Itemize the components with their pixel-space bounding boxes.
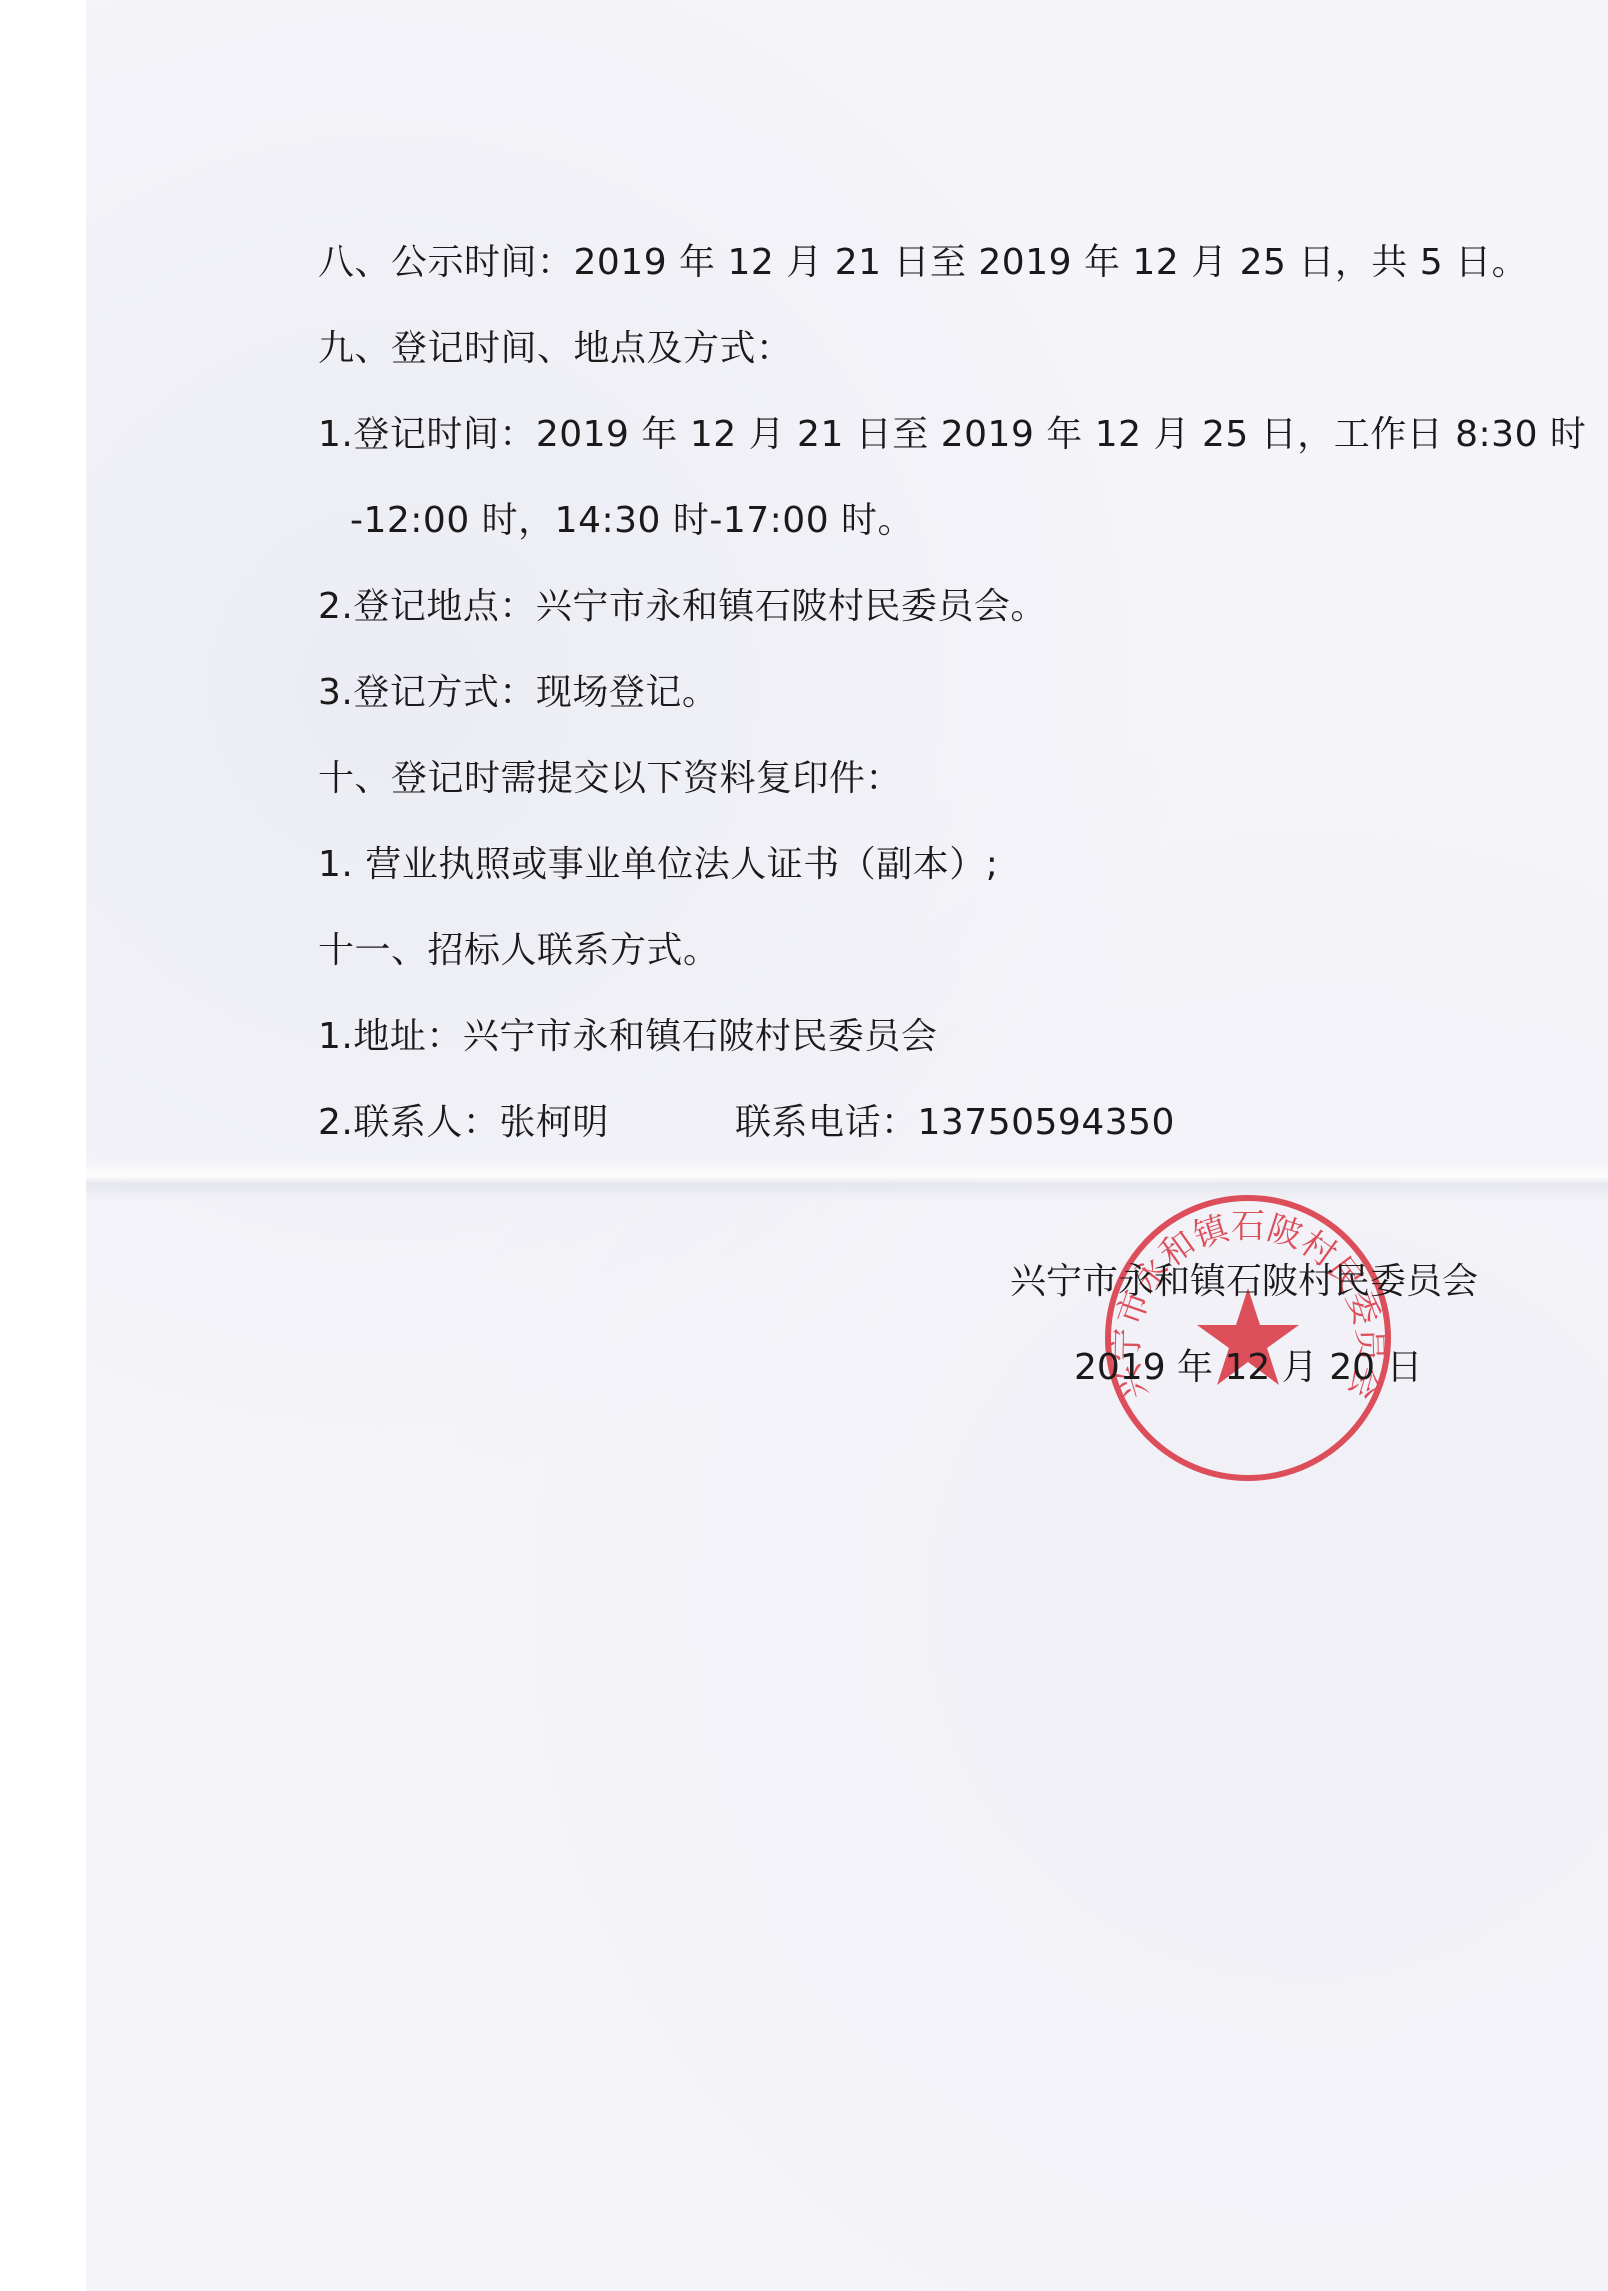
scan-margin xyxy=(0,0,86,2291)
section-8-publicity-period: 八、公示时间：2019 年 12 月 21 日至 2019 年 12 月 25 … xyxy=(318,241,1528,285)
official-seal: 兴宁市永和镇石陂村民委员会 xyxy=(1098,1188,1398,1488)
signature-organization: 兴宁市永和镇石陂村民委员会 xyxy=(1010,1260,1478,1304)
section-11-1-address: 1.地址：兴宁市永和镇石陂村民委员会 xyxy=(318,1015,937,1059)
section-9-1-registration-time-cont: -12:00 时，14:30 时-17:00 时。 xyxy=(350,499,914,543)
section-9-2-registration-place: 2.登记地点：兴宁市永和镇石陂村民委员会。 xyxy=(318,585,1047,629)
paper-page xyxy=(86,0,1608,2291)
signature-date: 2019 年 12 月 20 日 xyxy=(1074,1346,1422,1390)
section-9-3-registration-method: 3.登记方式：现场登记。 xyxy=(318,671,718,715)
section-11-heading: 十一、招标人联系方式。 xyxy=(318,929,720,973)
section-11-2-contact-person: 2.联系人：张柯明 xyxy=(318,1101,609,1145)
section-10-1-documents: 1. 营业执照或事业单位法人证书（副本）; xyxy=(318,843,998,887)
section-9-heading: 九、登记时间、地点及方式： xyxy=(318,327,793,371)
section-10-heading: 十、登记时需提交以下资料复印件： xyxy=(318,757,902,801)
section-11-2-contact-phone: 联系电话：13750594350 xyxy=(735,1101,1175,1145)
section-9-1-registration-time: 1.登记时间：2019 年 12 月 21 日至 2019 年 12 月 25 … xyxy=(318,413,1586,457)
